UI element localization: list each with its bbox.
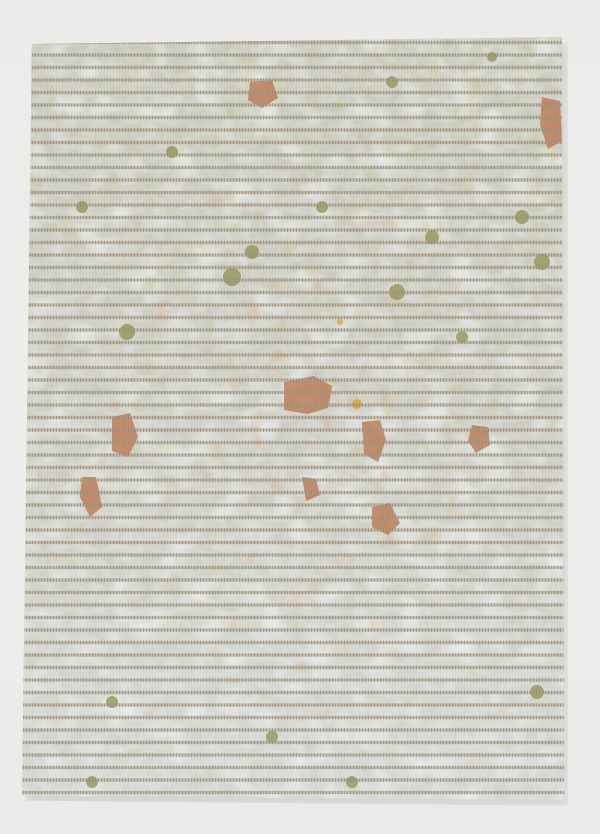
photo-scene — [0, 0, 600, 834]
bark-texture-icon — [22, 37, 564, 800]
bark-textile-artwork — [22, 37, 564, 800]
